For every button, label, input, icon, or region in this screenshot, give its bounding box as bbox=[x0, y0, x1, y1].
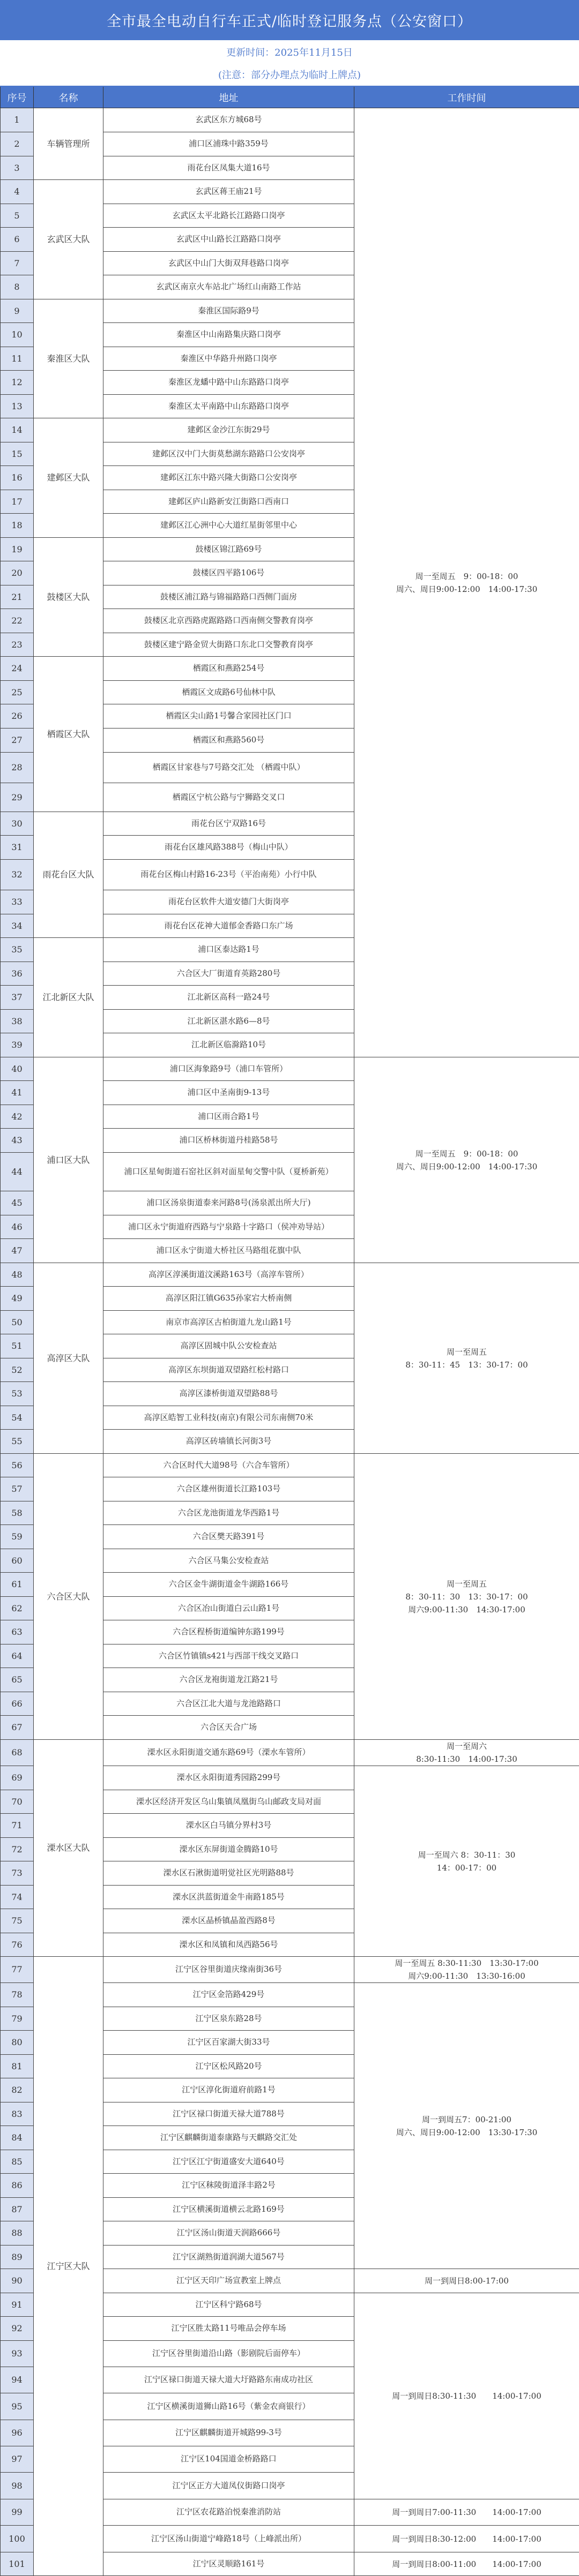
row-index: 43 bbox=[1, 1129, 34, 1153]
working-hours: 周一至周六 8:30-11:30 14:00-17:30 bbox=[354, 1740, 579, 1766]
working-hours: 周一至周五 9：00-18：00 周六、周日9:00-12:00 14:00-1… bbox=[354, 1057, 579, 1263]
row-index: 26 bbox=[1, 704, 34, 729]
row-index: 68 bbox=[1, 1740, 34, 1766]
address-cell: 江宁区百家湖大街33号 bbox=[103, 2031, 354, 2055]
unit-name: 鼓楼区大队 bbox=[34, 538, 103, 657]
address-cell: 秦淮区中华路升州路口岗亭 bbox=[103, 347, 354, 371]
row-index: 36 bbox=[1, 962, 34, 986]
address-cell: 秦淮区中山南路集庆路口岗亭 bbox=[103, 323, 354, 347]
table-body: 1车辆管理所玄武区东方城68号周一至周五 9：00-18：00 周六、周日9:0… bbox=[1, 108, 579, 2576]
table-row: 1车辆管理所玄武区东方城68号周一至周五 9：00-18：00 周六、周日9:0… bbox=[1, 108, 579, 132]
row-index: 31 bbox=[1, 836, 34, 860]
row-index: 44 bbox=[1, 1153, 34, 1191]
row-index: 16 bbox=[1, 466, 34, 490]
row-index: 91 bbox=[1, 2293, 34, 2317]
row-index: 57 bbox=[1, 1477, 34, 1501]
row-index: 71 bbox=[1, 1814, 34, 1838]
row-index: 80 bbox=[1, 2031, 34, 2055]
row-index: 54 bbox=[1, 1406, 34, 1430]
address-cell: 浦口区桥林街道丹桂路58号 bbox=[103, 1129, 354, 1153]
row-index: 49 bbox=[1, 1287, 34, 1311]
row-index: 32 bbox=[1, 860, 34, 890]
row-index: 10 bbox=[1, 323, 34, 347]
row-index: 100 bbox=[1, 2526, 34, 2552]
address-cell: 栖霞区尖山路1号馨合家园社区门口 bbox=[103, 704, 354, 729]
row-index: 76 bbox=[1, 1933, 34, 1957]
row-index: 18 bbox=[1, 514, 34, 538]
row-index: 53 bbox=[1, 1382, 34, 1406]
row-index: 23 bbox=[1, 633, 34, 657]
address-cell: 江宁区104国道金桥路路口 bbox=[103, 2446, 354, 2473]
address-cell: 江宁区农花路泊悦秦淮消防站 bbox=[103, 2499, 354, 2526]
address-cell: 建邺区金沙江东街29号 bbox=[103, 418, 354, 442]
address-cell: 江宁区天印广场宣教室上牌点 bbox=[103, 2269, 354, 2293]
row-index: 24 bbox=[1, 657, 34, 681]
working-hours: 周一到周日8:30-12:00 14:00-17:00 bbox=[354, 2526, 579, 2552]
address-cell: 六合区龙池街道龙华西路1号 bbox=[103, 1501, 354, 1525]
working-hours: 周一至周五 8：30-11：45 13：30-17：00 bbox=[354, 1263, 579, 1454]
row-index: 96 bbox=[1, 2420, 34, 2446]
row-index: 89 bbox=[1, 2245, 34, 2269]
address-cell: 雨花台区雄风路388号（梅山中队） bbox=[103, 836, 354, 860]
address-cell: 高淳区皓智工业科技(南京)有限公司东南侧70米 bbox=[103, 1406, 354, 1430]
row-index: 86 bbox=[1, 2174, 34, 2198]
address-cell: 鼓楼区四平路106号 bbox=[103, 561, 354, 585]
row-index: 6 bbox=[1, 228, 34, 252]
row-index: 55 bbox=[1, 1430, 34, 1454]
address-cell: 栖霞区文成路6号仙林中队 bbox=[103, 681, 354, 704]
row-index: 52 bbox=[1, 1358, 34, 1382]
row-index: 81 bbox=[1, 2055, 34, 2078]
address-cell: 江宁区松风路20号 bbox=[103, 2055, 354, 2078]
row-index: 3 bbox=[1, 156, 34, 180]
row-index: 25 bbox=[1, 681, 34, 704]
address-cell: 玄武区中山门大街双拜巷路口岗亭 bbox=[103, 252, 354, 275]
table-row: 56六合区大队六合区时代大道98号（六合车管所）周一至周五 8：30-11：30… bbox=[1, 1454, 579, 1477]
unit-name: 六合区大队 bbox=[34, 1454, 103, 1740]
address-cell: 六合区冶山街道白云山路1号 bbox=[103, 1597, 354, 1620]
table-row: 48高淳区大队高淳区淳溪街道汶溪路163号（高淳车管所）周一至周五 8：30-1… bbox=[1, 1263, 579, 1287]
row-index: 20 bbox=[1, 561, 34, 585]
row-index: 87 bbox=[1, 2198, 34, 2221]
column-header-hours: 工作时间 bbox=[354, 86, 579, 108]
address-cell: 江宁区湖熟街道润湖大道567号 bbox=[103, 2245, 354, 2269]
address-cell: 江宁区江宁街道盛安大道640号 bbox=[103, 2150, 354, 2174]
row-index: 101 bbox=[1, 2552, 34, 2576]
row-index: 27 bbox=[1, 729, 34, 753]
address-cell: 鼓楼区建宁路金贸大街路口东北口交警教育岗亭 bbox=[103, 633, 354, 657]
address-cell: 建邺区庐山路新安江街路口西南口 bbox=[103, 490, 354, 514]
address-cell: 建邺区江心洲中心大道红星街邻里中心 bbox=[103, 514, 354, 538]
row-index: 75 bbox=[1, 1909, 34, 1933]
row-index: 19 bbox=[1, 538, 34, 561]
row-index: 9 bbox=[1, 299, 34, 323]
address-cell: 六合区雄州街道长江路103号 bbox=[103, 1477, 354, 1501]
notice-text: (注意：部分办理点为临时上牌点) bbox=[0, 63, 579, 86]
address-cell: 溧水区永阳街道秀园路299号 bbox=[103, 1766, 354, 1790]
address-cell: 鼓楼区北京西路虎踞路路口西南侧交警教育岗亭 bbox=[103, 609, 354, 633]
address-cell: 玄武区南京火车站北广场红山南路工作站 bbox=[103, 275, 354, 299]
address-cell: 江宁区灵顺路161号 bbox=[103, 2552, 354, 2576]
row-index: 40 bbox=[1, 1057, 34, 1081]
row-index: 29 bbox=[1, 783, 34, 812]
address-cell: 溧水区永阳街道交通东路69号（溧水车管所） bbox=[103, 1740, 354, 1766]
address-cell: 浦口区永宁街道府西路与宁泉路十字路口（侯冲劝导站） bbox=[103, 1215, 354, 1239]
address-cell: 江宁区泉东路28号 bbox=[103, 2007, 354, 2031]
row-index: 78 bbox=[1, 1983, 34, 2007]
row-index: 41 bbox=[1, 1081, 34, 1105]
row-index: 46 bbox=[1, 1215, 34, 1239]
address-cell: 江宁区禄口街道天禄大道大圩路路东南成功社区 bbox=[103, 2367, 354, 2393]
address-cell: 江宁区正方大道凤仪街路口岗亭 bbox=[103, 2473, 354, 2499]
unit-name: 溧水区大队 bbox=[34, 1740, 103, 1957]
update-time: 更新时间：2025年11月15日 bbox=[0, 40, 579, 63]
address-cell: 江北新区临滁路10号 bbox=[103, 1033, 354, 1057]
address-cell: 溧水区洪蓝街道金牛南路185号 bbox=[103, 1886, 354, 1909]
row-index: 88 bbox=[1, 2221, 34, 2245]
working-hours: 周一到周日8:30-11:30 14:00-17:00 bbox=[354, 2293, 579, 2499]
address-cell: 江宁区谷里街道沿山路（影剧院后面停车） bbox=[103, 2341, 354, 2367]
table-row: 40浦口区大队浦口区海象路9号（浦口车管所）周一至周五 9：00-18：00 周… bbox=[1, 1057, 579, 1081]
row-index: 82 bbox=[1, 2078, 34, 2102]
address-cell: 六合区时代大道98号（六合车管所） bbox=[103, 1454, 354, 1477]
address-cell: 玄武区中山路长江路路口岗亭 bbox=[103, 228, 354, 252]
row-index: 66 bbox=[1, 1692, 34, 1716]
address-cell: 溧水区和凤镇和凤西路56号 bbox=[103, 1933, 354, 1957]
unit-name: 高淳区大队 bbox=[34, 1263, 103, 1454]
column-header-index: 序号 bbox=[1, 86, 34, 108]
address-cell: 江宁区横溪街道狮山路16号（紫金农商银行） bbox=[103, 2393, 354, 2420]
row-index: 73 bbox=[1, 1861, 34, 1886]
row-index: 59 bbox=[1, 1525, 34, 1549]
row-index: 33 bbox=[1, 890, 34, 914]
address-cell: 江宁区科宁路68号 bbox=[103, 2293, 354, 2317]
address-cell: 栖霞区和燕路254号 bbox=[103, 657, 354, 681]
row-index: 74 bbox=[1, 1886, 34, 1909]
address-cell: 六合区大厂街道育英路280号 bbox=[103, 962, 354, 986]
working-hours: 周一至周五 9：00-18：00 周六、周日9:00-12:00 14:00-1… bbox=[354, 108, 579, 1057]
address-cell: 浦口区永宁街道大桥社区马路组花旗中队 bbox=[103, 1239, 354, 1263]
address-cell: 南京市高淳区古柏街道九龙山路1号 bbox=[103, 1311, 354, 1334]
row-index: 34 bbox=[1, 914, 34, 938]
address-cell: 雨花台区软件大道安德门大街岗亭 bbox=[103, 890, 354, 914]
row-index: 12 bbox=[1, 371, 34, 395]
row-index: 61 bbox=[1, 1573, 34, 1597]
row-index: 28 bbox=[1, 753, 34, 783]
address-cell: 鼓楼区锦江路69号 bbox=[103, 538, 354, 561]
working-hours: 周一到周日8:00-11:00 14:00-17:00 bbox=[354, 2552, 579, 2576]
row-index: 51 bbox=[1, 1334, 34, 1358]
service-points-table: 序号 名称 地址 工作时间 1车辆管理所玄武区东方城68号周一至周五 9：00-… bbox=[0, 86, 579, 2576]
row-index: 42 bbox=[1, 1105, 34, 1129]
address-cell: 玄武区东方城68号 bbox=[103, 108, 354, 132]
address-cell: 溧水区东屏街道金腾路10号 bbox=[103, 1838, 354, 1861]
working-hours: 周一至周六 8：30-11：30 14：00-17：00 bbox=[354, 1766, 579, 1957]
address-cell: 浦口区星甸街道石窑社区斜对面星甸交警中队（夏桥新苑） bbox=[103, 1153, 354, 1191]
unit-name: 江北新区大队 bbox=[34, 938, 103, 1057]
unit-name: 玄武区大队 bbox=[34, 180, 103, 299]
row-index: 39 bbox=[1, 1033, 34, 1057]
table-row: 68溧水区大队溧水区永阳街道交通东路69号（溧水车管所）周一至周六 8:30-1… bbox=[1, 1740, 579, 1766]
address-cell: 六合区竹镇镇s421与西部干线交叉路口 bbox=[103, 1644, 354, 1668]
row-index: 70 bbox=[1, 1790, 34, 1814]
unit-name: 建邺区大队 bbox=[34, 418, 103, 538]
address-cell: 玄武区太平北路长江路路口岗亭 bbox=[103, 204, 354, 228]
address-cell: 江宁区横溪街道横云北路169号 bbox=[103, 2198, 354, 2221]
row-index: 83 bbox=[1, 2102, 34, 2126]
address-cell: 江北新区湛水路6—8号 bbox=[103, 1010, 354, 1033]
address-cell: 江宁区汤山街道天润路666号 bbox=[103, 2221, 354, 2245]
address-cell: 江宁区胜太路11号唯品会停车场 bbox=[103, 2317, 354, 2341]
row-index: 99 bbox=[1, 2499, 34, 2526]
row-index: 5 bbox=[1, 204, 34, 228]
column-header-name: 名称 bbox=[34, 86, 103, 108]
working-hours: 周一到周日7:00-11:30 14:00-17:00 bbox=[354, 2499, 579, 2526]
address-cell: 玄武区蒋王庙21号 bbox=[103, 180, 354, 204]
unit-name: 栖霞区大队 bbox=[34, 657, 103, 812]
address-cell: 雨花台区花神大道郁金香路口东广场 bbox=[103, 914, 354, 938]
address-cell: 栖霞区宁杭公路与宁狮路交叉口 bbox=[103, 783, 354, 812]
address-cell: 六合区樊天路391号 bbox=[103, 1525, 354, 1549]
row-index: 22 bbox=[1, 609, 34, 633]
row-index: 11 bbox=[1, 347, 34, 371]
row-index: 79 bbox=[1, 2007, 34, 2031]
address-cell: 六合区天合广场 bbox=[103, 1716, 354, 1740]
row-index: 45 bbox=[1, 1191, 34, 1215]
row-index: 58 bbox=[1, 1501, 34, 1525]
address-cell: 雨花台区凤集大道16号 bbox=[103, 156, 354, 180]
address-cell: 浦口区雨合路1号 bbox=[103, 1105, 354, 1129]
address-cell: 浦口区中圣南街9-13号 bbox=[103, 1081, 354, 1105]
row-index: 35 bbox=[1, 938, 34, 962]
address-cell: 栖霞区和燕路560号 bbox=[103, 729, 354, 753]
row-index: 7 bbox=[1, 252, 34, 275]
row-index: 72 bbox=[1, 1838, 34, 1861]
row-index: 30 bbox=[1, 812, 34, 836]
address-cell: 雨花台区宁双路16号 bbox=[103, 812, 354, 836]
address-cell: 建邺区江东中路兴隆大街路口公安岗亭 bbox=[103, 466, 354, 490]
address-cell: 江宁区麒麟街道泰康路与天麒路交汇处 bbox=[103, 2126, 354, 2150]
row-index: 15 bbox=[1, 442, 34, 466]
row-index: 93 bbox=[1, 2341, 34, 2367]
page-title: 全市最全电动自行车正式/临时登记服务点（公安窗口） bbox=[107, 10, 472, 31]
address-cell: 六合区程桥街道编钟东路199号 bbox=[103, 1620, 354, 1644]
address-cell: 秦淮区太平南路中山东路路口岗亭 bbox=[103, 395, 354, 418]
row-index: 48 bbox=[1, 1263, 34, 1287]
row-index: 97 bbox=[1, 2446, 34, 2473]
table-header-row: 序号 名称 地址 工作时间 bbox=[1, 86, 579, 108]
address-cell: 溧水区石湫街道明觉社区光明路88号 bbox=[103, 1861, 354, 1886]
title-bar: 全市最全电动自行车正式/临时登记服务点（公安窗口） bbox=[0, 0, 579, 40]
row-index: 63 bbox=[1, 1620, 34, 1644]
row-index: 69 bbox=[1, 1766, 34, 1790]
address-cell: 高淳区固城中队公安检查站 bbox=[103, 1334, 354, 1358]
working-hours: 周一至周五 8：30-11：30 13：30-17：00 周六9:00-11:3… bbox=[354, 1454, 579, 1740]
row-index: 2 bbox=[1, 132, 34, 156]
row-index: 37 bbox=[1, 986, 34, 1010]
address-cell: 高淳区淳溪街道汶溪路163号（高淳车管所） bbox=[103, 1263, 354, 1287]
address-cell: 江宁区谷里街道庆缘南街36号 bbox=[103, 1957, 354, 1983]
address-cell: 浦口区浦珠中路359号 bbox=[103, 132, 354, 156]
row-index: 4 bbox=[1, 180, 34, 204]
unit-name: 江宁区大队 bbox=[34, 1957, 103, 2576]
row-index: 50 bbox=[1, 1311, 34, 1334]
address-cell: 鼓楼区浦江路与锦福路路口西侧门面房 bbox=[103, 585, 354, 609]
address-cell: 溧水区晶桥镇晶盈西路8号 bbox=[103, 1909, 354, 1933]
row-index: 77 bbox=[1, 1957, 34, 1983]
address-cell: 浦口区泰达路1号 bbox=[103, 938, 354, 962]
row-index: 8 bbox=[1, 275, 34, 299]
address-cell: 高淳区阳江镇G635孙家宕大桥南侧 bbox=[103, 1287, 354, 1311]
row-index: 98 bbox=[1, 2473, 34, 2499]
row-index: 38 bbox=[1, 1010, 34, 1033]
address-cell: 高淳区砖墙镇长河街3号 bbox=[103, 1430, 354, 1454]
address-cell: 江宁区秣陵街道泽丰路2号 bbox=[103, 2174, 354, 2198]
row-index: 13 bbox=[1, 395, 34, 418]
address-cell: 六合区龙袍街道龙江路21号 bbox=[103, 1668, 354, 1692]
address-cell: 浦口区汤泉街道泰来河路8号(汤泉派出所大厅) bbox=[103, 1191, 354, 1215]
address-cell: 高淳区漆桥街道双望路88号 bbox=[103, 1382, 354, 1406]
row-index: 56 bbox=[1, 1454, 34, 1477]
working-hours: 周一到周五7：00-21:00 周六、周日9:00-12:00 13:30-17… bbox=[354, 1983, 579, 2269]
address-cell: 建邺区汉中门大街莫愁湖东路路口公安岗亭 bbox=[103, 442, 354, 466]
unit-name: 车辆管理所 bbox=[34, 108, 103, 180]
address-cell: 六合区金牛湖街道金牛湖路166号 bbox=[103, 1573, 354, 1597]
row-index: 64 bbox=[1, 1644, 34, 1668]
working-hours: 周一至周五 8:30-11:30 13:30-17:00 周六9:00-11:3… bbox=[354, 1957, 579, 1983]
row-index: 21 bbox=[1, 585, 34, 609]
column-header-address: 地址 bbox=[103, 86, 354, 108]
address-cell: 高淳区东坝街道双望路红松村路口 bbox=[103, 1358, 354, 1382]
address-cell: 秦淮区龙蟠中路中山东路路口岗亭 bbox=[103, 371, 354, 395]
row-index: 17 bbox=[1, 490, 34, 514]
address-cell: 秦淮区国际路9号 bbox=[103, 299, 354, 323]
row-index: 60 bbox=[1, 1549, 34, 1573]
unit-name: 秦淮区大队 bbox=[34, 299, 103, 418]
row-index: 1 bbox=[1, 108, 34, 132]
row-index: 85 bbox=[1, 2150, 34, 2174]
address-cell: 江宁区麒麟街道开城路99-3号 bbox=[103, 2420, 354, 2446]
working-hours: 周一到周日8:00-17:00 bbox=[354, 2269, 579, 2293]
row-index: 67 bbox=[1, 1716, 34, 1740]
row-index: 65 bbox=[1, 1668, 34, 1692]
row-index: 94 bbox=[1, 2367, 34, 2393]
address-cell: 六合区江北大道与龙池路路口 bbox=[103, 1692, 354, 1716]
address-cell: 雨花台区梅山村路16-23号（平治南苑）小行中队 bbox=[103, 860, 354, 890]
address-cell: 浦口区海象路9号（浦口车管所） bbox=[103, 1057, 354, 1081]
unit-name: 雨花台区大队 bbox=[34, 812, 103, 938]
address-cell: 江宁区金箔路429号 bbox=[103, 1983, 354, 2007]
row-index: 62 bbox=[1, 1597, 34, 1620]
address-cell: 六合区马集公安检查站 bbox=[103, 1549, 354, 1573]
row-index: 14 bbox=[1, 418, 34, 442]
address-cell: 溧水区白马镇分界村3号 bbox=[103, 1814, 354, 1838]
address-cell: 栖霞区甘家巷与7号路交汇处 （栖霞中队） bbox=[103, 753, 354, 783]
row-index: 90 bbox=[1, 2269, 34, 2293]
address-cell: 江宁区禄口街道天禄大道788号 bbox=[103, 2102, 354, 2126]
table-row: 77江宁区大队江宁区谷里街道庆缘南街36号周一至周五 8:30-11:30 13… bbox=[1, 1957, 579, 1983]
address-cell: 江宁区淳化街道府前路1号 bbox=[103, 2078, 354, 2102]
address-cell: 溧水区经济开发区乌山集镇凤凰街乌山邮政支局对面 bbox=[103, 1790, 354, 1814]
address-cell: 江北新区高科一路24号 bbox=[103, 986, 354, 1010]
row-index: 84 bbox=[1, 2126, 34, 2150]
address-cell: 江宁区汤山街道宁峰路18号（上峰派出所） bbox=[103, 2526, 354, 2552]
row-index: 92 bbox=[1, 2317, 34, 2341]
unit-name: 浦口区大队 bbox=[34, 1057, 103, 1263]
row-index: 95 bbox=[1, 2393, 34, 2420]
row-index: 47 bbox=[1, 1239, 34, 1263]
